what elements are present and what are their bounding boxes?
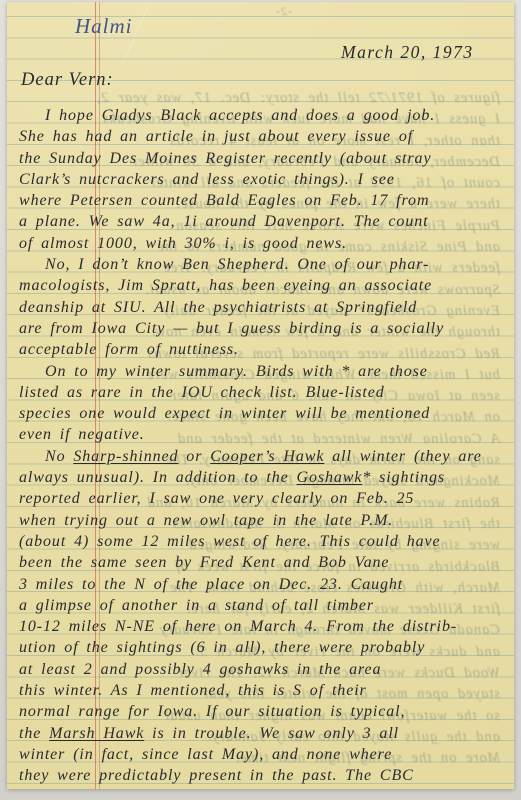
name-annotation: Halmi — [75, 14, 133, 39]
letter-line: always unusual). In addition to the Gosh… — [19, 467, 512, 488]
letter-line: Clark’s nutcrackers and less exotic thin… — [19, 169, 512, 190]
letter-line: of almost 1000, with 30% i, is good news… — [19, 233, 512, 254]
letter-line: when trying out a new owl tape in the la… — [19, 510, 512, 531]
letter-line: No Sharp-shinned or Cooper’s Hawk all wi… — [19, 446, 512, 467]
letter-line: 10-12 miles N-NE of here on March 4. Fro… — [19, 616, 512, 637]
underlined-species: Cooper’s Hawk — [210, 448, 324, 465]
handwriting-layer: Halmi March 20, 1973 Dear Vern: I hope G… — [7, 2, 514, 789]
letter-line: No, I don’t know Ben Shepherd. One of ou… — [19, 254, 512, 275]
letter-line: macologists, Jim Spratt, has been eyeing… — [19, 275, 512, 296]
letter-line: the Marsh Hawk is in trouble. We saw onl… — [19, 723, 512, 744]
letter-line: been the same seen by Fred Kent and Bob … — [19, 552, 512, 573]
underlined-species: Goshawk — [297, 469, 363, 486]
letter-line: the Sunday Des Moines Register recently … — [19, 148, 512, 169]
letter-line: are from Iowa City — but I guess birding… — [19, 318, 512, 339]
salutation: Dear Vern: — [21, 70, 114, 91]
letter-line: On to my winter summary. Birds with * ar… — [19, 361, 512, 382]
letter-line: a glimpse of another in a stand of tall … — [19, 595, 512, 616]
letter-date: March 20, 1973 — [341, 42, 474, 63]
letter-line: where Petersen counted Bald Eagles on Fe… — [19, 190, 512, 211]
letter-line: reported earlier, I saw one very clearly… — [19, 488, 512, 509]
letter-line: at least 2 and possibly 4 goshawks in th… — [19, 659, 512, 680]
letter-line: even if negative. — [19, 424, 512, 445]
letter-line: (about 4) some 12 miles west of here. Th… — [19, 531, 512, 552]
letter-line: ution of the sightings (6 in all), there… — [19, 637, 512, 658]
letter-line: a plane. We saw 4a, 1i around Davenport.… — [19, 211, 512, 232]
letter-line: this winter. As I mentioned, this is S o… — [19, 680, 512, 701]
underlined-species: Sharp-shinned — [73, 448, 178, 465]
letter-page: -2- figures of 1971/72 tell the story: D… — [7, 2, 514, 789]
letter-line: acceptable form of nuttiness. — [19, 339, 512, 360]
letter-line: listed as rare in the IOU check list. Bl… — [19, 382, 512, 403]
letter-line: She has had an article in just about eve… — [19, 126, 512, 147]
letter-body: I hope Gladys Black accepts and does a g… — [19, 105, 512, 787]
underlined-species: Marsh Hawk — [49, 725, 144, 742]
letter-line: 3 miles to the N of the place on Dec. 23… — [19, 574, 512, 595]
letter-line: winter (in fact, since last May), and no… — [19, 744, 512, 765]
letter-line: deanship at SIU. All the psychiatrists a… — [19, 297, 512, 318]
letter-line: I hope Gladys Black accepts and does a g… — [19, 105, 512, 126]
letter-line: species one would expect in winter will … — [19, 403, 512, 424]
letter-line: they were predictably present in the pas… — [19, 765, 512, 786]
letter-line: normal range for Iowa. If our situation … — [19, 701, 512, 722]
